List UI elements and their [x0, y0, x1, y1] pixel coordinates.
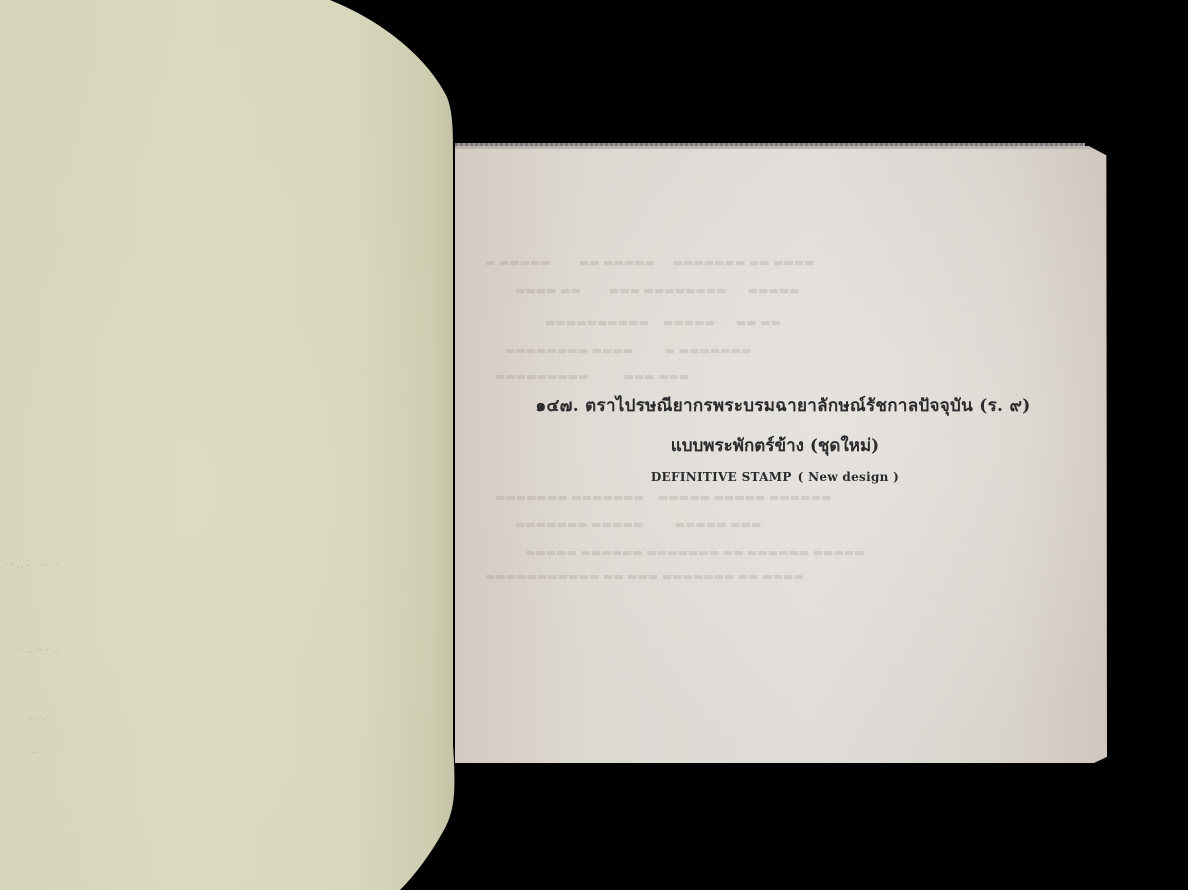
bleed-through-marks: · ‥ ·	[25, 745, 44, 756]
heading-thai-title: ๑๔๗. ตราไปรษณียากรพระบรมฉายาลักษณ์รัชกาล…	[459, 392, 1107, 419]
bleed-through-text: ▬▬▬ ▬▬▬▬▬ ▬▬▬▬▬ ▬▬▬▬▬▬▬	[515, 518, 761, 531]
bleed-through-text: ▬▬▬▬▬▬▬ ▬ ▬▬▬▬ ▬▬▬▬▬▬▬▬	[505, 344, 751, 357]
heading-english-sub: ( New design )	[798, 470, 899, 484]
bleed-through-text: ▬▬▬▬ ▬▬ ▬▬▬▬▬▬▬ ▬▬▬ ▬▬ ▬▬▬▬▬▬▬▬▬▬▬	[485, 570, 804, 583]
right-page-top-edge	[455, 146, 1107, 149]
heading-english-main: DEFINITIVE STAMP	[651, 470, 792, 484]
bleed-through-text: ▬▬▬▬▬▬ ▬▬▬▬▬ ▬▬▬▬▬ ▬▬▬▬▬▬▬ ▬▬▬▬▬▬▬	[495, 491, 831, 504]
section-heading: ๑๔๗. ตราไปรษณียากรพระบรมฉายาลักษณ์รัชกาล…	[455, 392, 1107, 484]
heading-english: DEFINITIVE STAMP( New design )	[443, 470, 1107, 484]
left-page: · · ‥ - · ·- · · · ‥ ·- · ‥ · · · · ‥ ·	[0, 0, 470, 890]
bleed-through-text: ▬▬▬▬ ▬▬ ▬▬▬▬▬▬▬ ▬▬▬▬▬ ▬▬ ▬▬▬▬▬ ▬	[485, 256, 815, 269]
bleed-through-text: ▬▬▬▬▬ ▬▬▬▬▬▬ ▬▬ ▬▬▬▬▬▬▬ ▬▬▬▬▬▬ ▬▬▬▬▬	[525, 546, 865, 559]
bleed-through-text: ▬▬▬ ▬▬▬ ▬▬▬▬▬▬▬▬▬	[495, 370, 689, 383]
bleed-through-text: ▬▬ ▬▬ ▬▬▬▬▬ ▬▬▬▬▬▬▬▬▬▬	[545, 316, 781, 329]
open-book-scene: ▬▬▬▬ ▬▬ ▬▬▬▬▬▬▬ ▬▬▬▬▬ ▬▬ ▬▬▬▬▬ ▬ ▬▬▬▬▬ ▬…	[0, 0, 1188, 890]
heading-thai-subtitle: แบบพระพักตร์ข้าง (ชุดใหม่)	[443, 432, 1107, 459]
bleed-through-marks: · · ·	[30, 715, 46, 726]
bleed-through-text: ▬▬▬▬▬ ▬▬▬▬▬▬▬▬ ▬▬▬ ▬▬ ▬▬▬▬	[515, 284, 800, 297]
bleed-through-marks: · · ‥ - · ·- · ·	[4, 560, 59, 571]
bleed-through-marks: · ‥ ·- · ‥	[20, 645, 59, 656]
